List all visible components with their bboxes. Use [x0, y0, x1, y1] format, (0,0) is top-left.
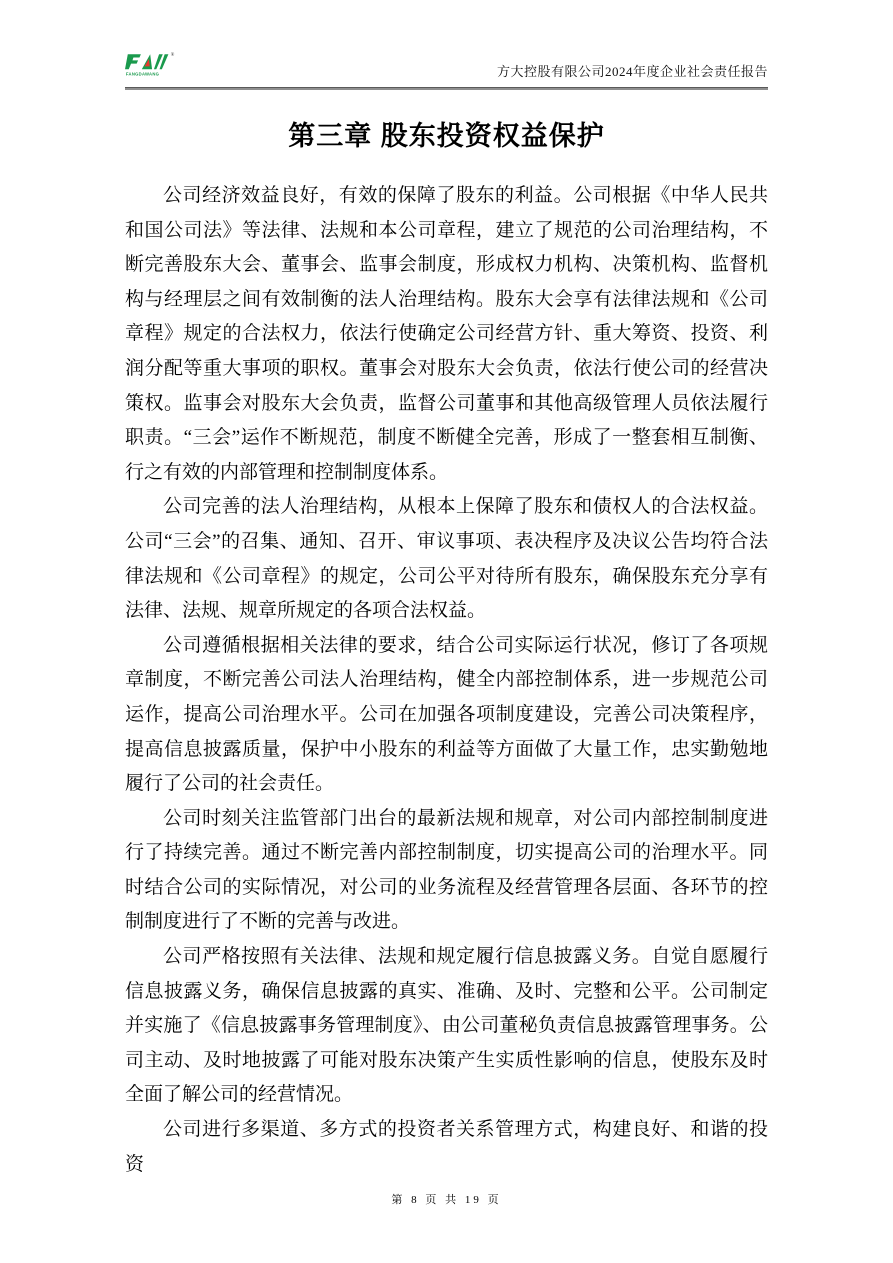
chapter-body: 公司经济效益良好，有效的保障了股东的利益。公司根据《中华人民共和国公司法》等法律… — [125, 179, 768, 1182]
logo-brand-text: FANGDAWANG — [126, 72, 159, 77]
company-logo-icon: ® FANGDAWANG — [125, 48, 181, 82]
page-number: 第 8 页 共 19 页 — [391, 1194, 501, 1206]
document-page: ® FANGDAWANG 方大控股有限公司2024年度企业社会责任报告 第三章 … — [0, 0, 893, 1263]
page-header: ® FANGDAWANG 方大控股有限公司2024年度企业社会责任报告 — [125, 0, 768, 82]
body-paragraph-1: 公司经济效益良好，有效的保障了股东的利益。公司根据《中华人民共和国公司法》等法律… — [125, 179, 768, 490]
header-divider — [125, 87, 768, 90]
body-paragraph-2: 公司完善的法人治理结构，从根本上保障了股东和债权人的合法权益。公司“三会”的召集… — [125, 490, 768, 628]
page-footer: 第 8 页 共 19 页 — [0, 1191, 893, 1207]
report-title: 方大控股有限公司2024年度企业社会责任报告 — [497, 61, 768, 82]
body-paragraph-6: 公司进行多渠道、多方式的投资者关系管理方式，构建良好、和谐的投资 — [125, 1113, 768, 1182]
body-paragraph-4: 公司时刻关注监管部门出台的最新法规和规章，对公司内部控制制度进行了持续完善。通过… — [125, 802, 768, 940]
logo-letter-f — [125, 54, 141, 69]
chapter-title: 第三章 股东投资权益保护 — [125, 114, 768, 153]
body-paragraph-3: 公司遵循根据相关法律的要求，结合公司实际运行状况，修订了各项规章制度，不断完善公… — [125, 629, 768, 802]
body-paragraph-5: 公司严格按照有关法律、法规和规定履行信息披露义务。自觉自愿履行信息披露义务，确保… — [125, 940, 768, 1113]
logo-triangle — [142, 54, 152, 69]
registered-mark: ® — [171, 52, 175, 58]
